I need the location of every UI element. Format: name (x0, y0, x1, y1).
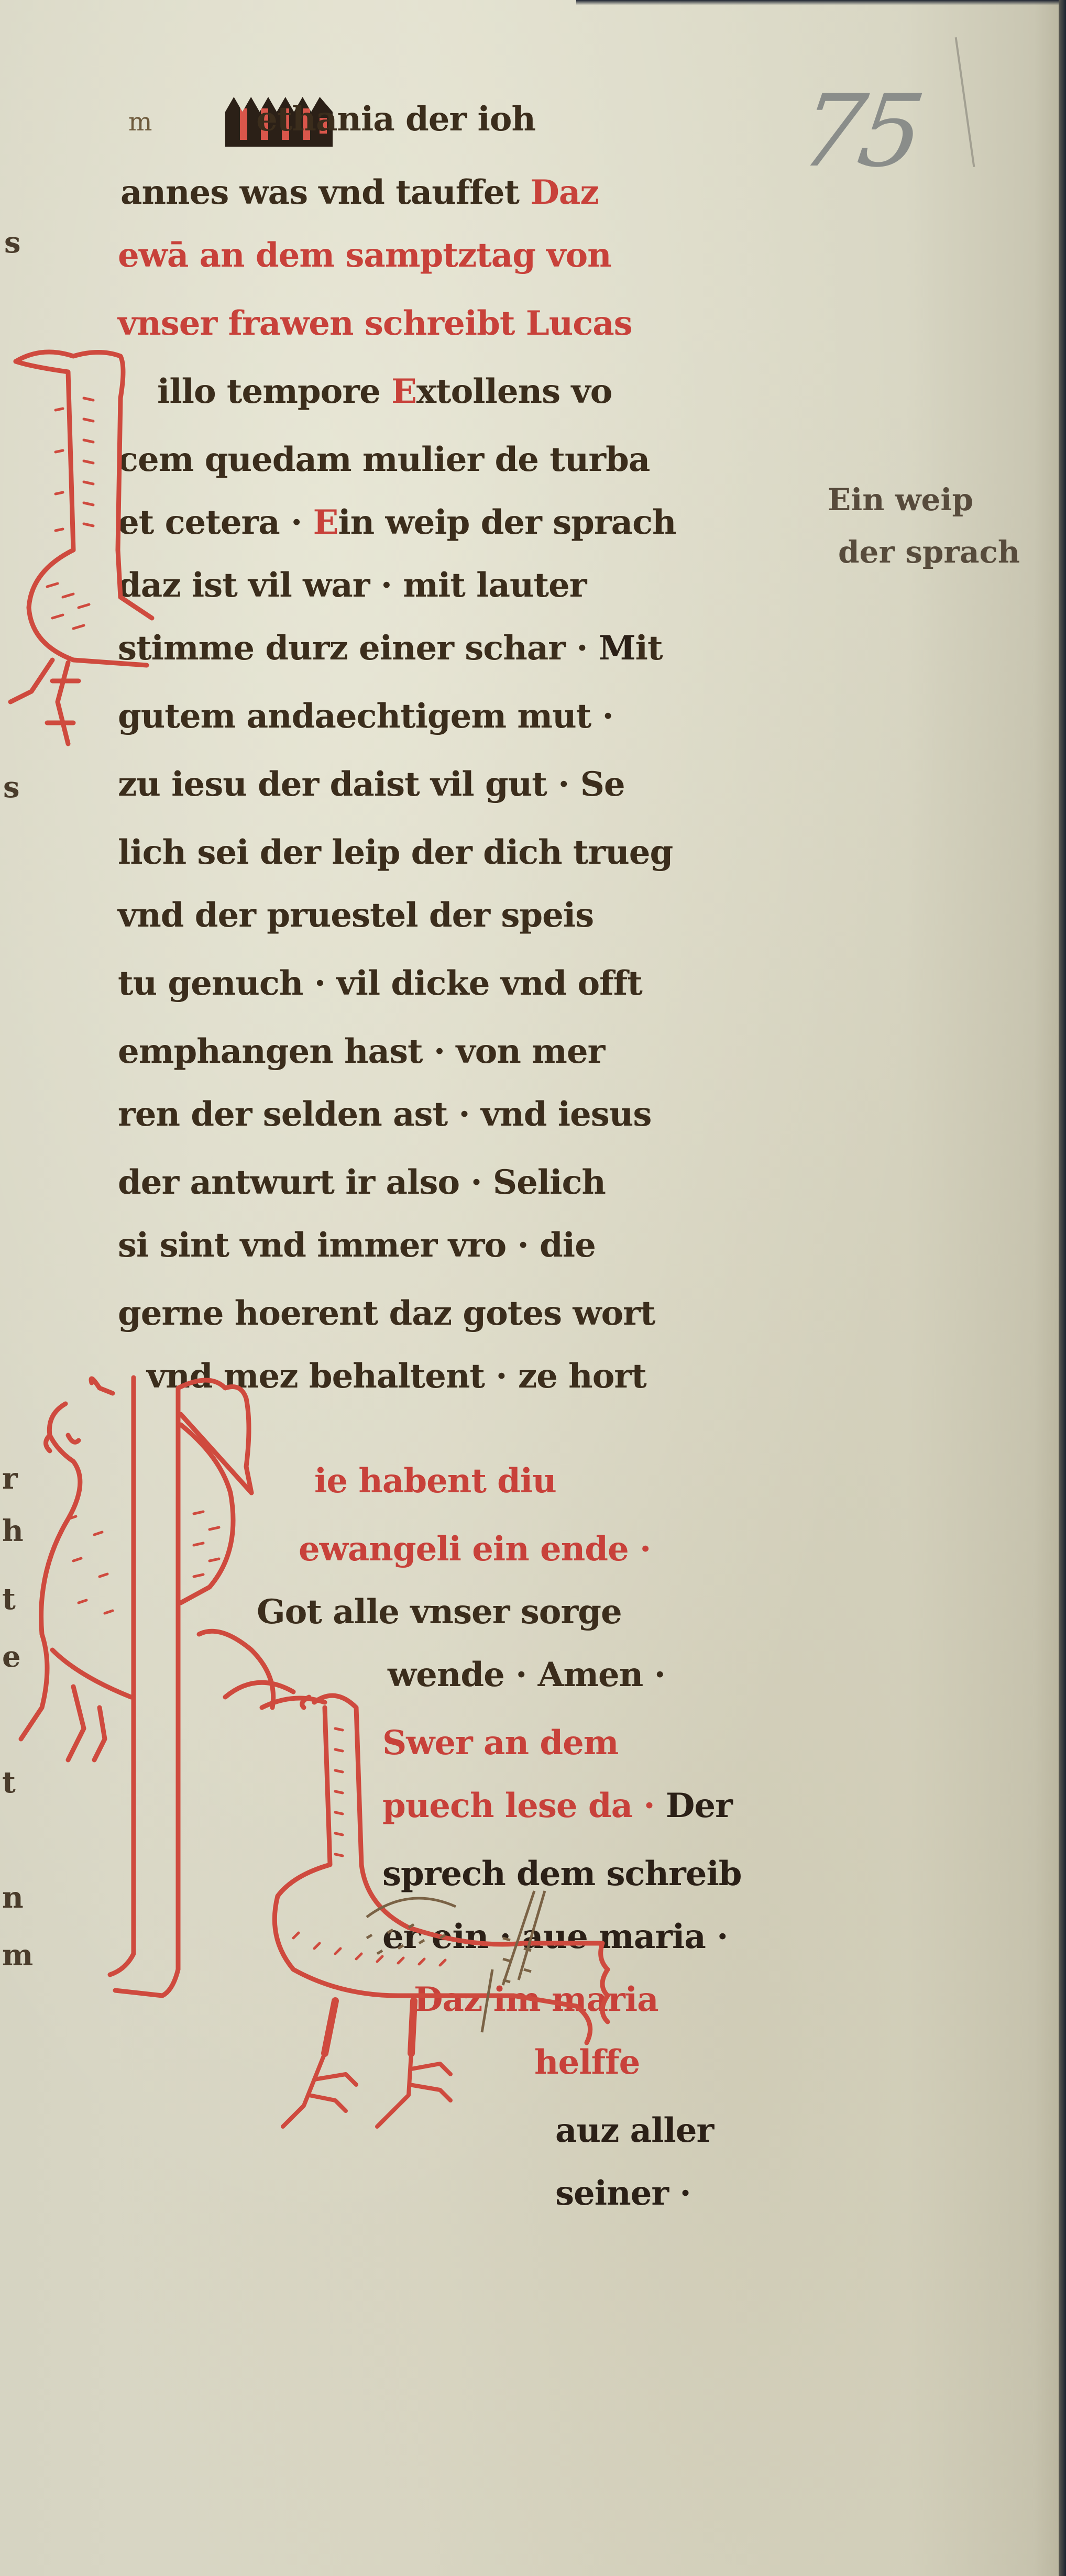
manuscript-page: 75 m ethania der ioh annes was vnd tauff… (0, 0, 1066, 2576)
heron-legs-icon (325, 2001, 414, 2053)
heron-brown-shading-icon (367, 1891, 545, 2032)
hybrid-figure-initial-H-icon (21, 1378, 273, 1996)
heron-bird-icon (225, 1682, 608, 2043)
hybrid-scale-marks (68, 1512, 219, 1613)
bird-initial-I-icon (10, 352, 152, 744)
heron-feet-icon (283, 2053, 450, 2127)
red-ink-illustrations (0, 0, 1066, 2576)
